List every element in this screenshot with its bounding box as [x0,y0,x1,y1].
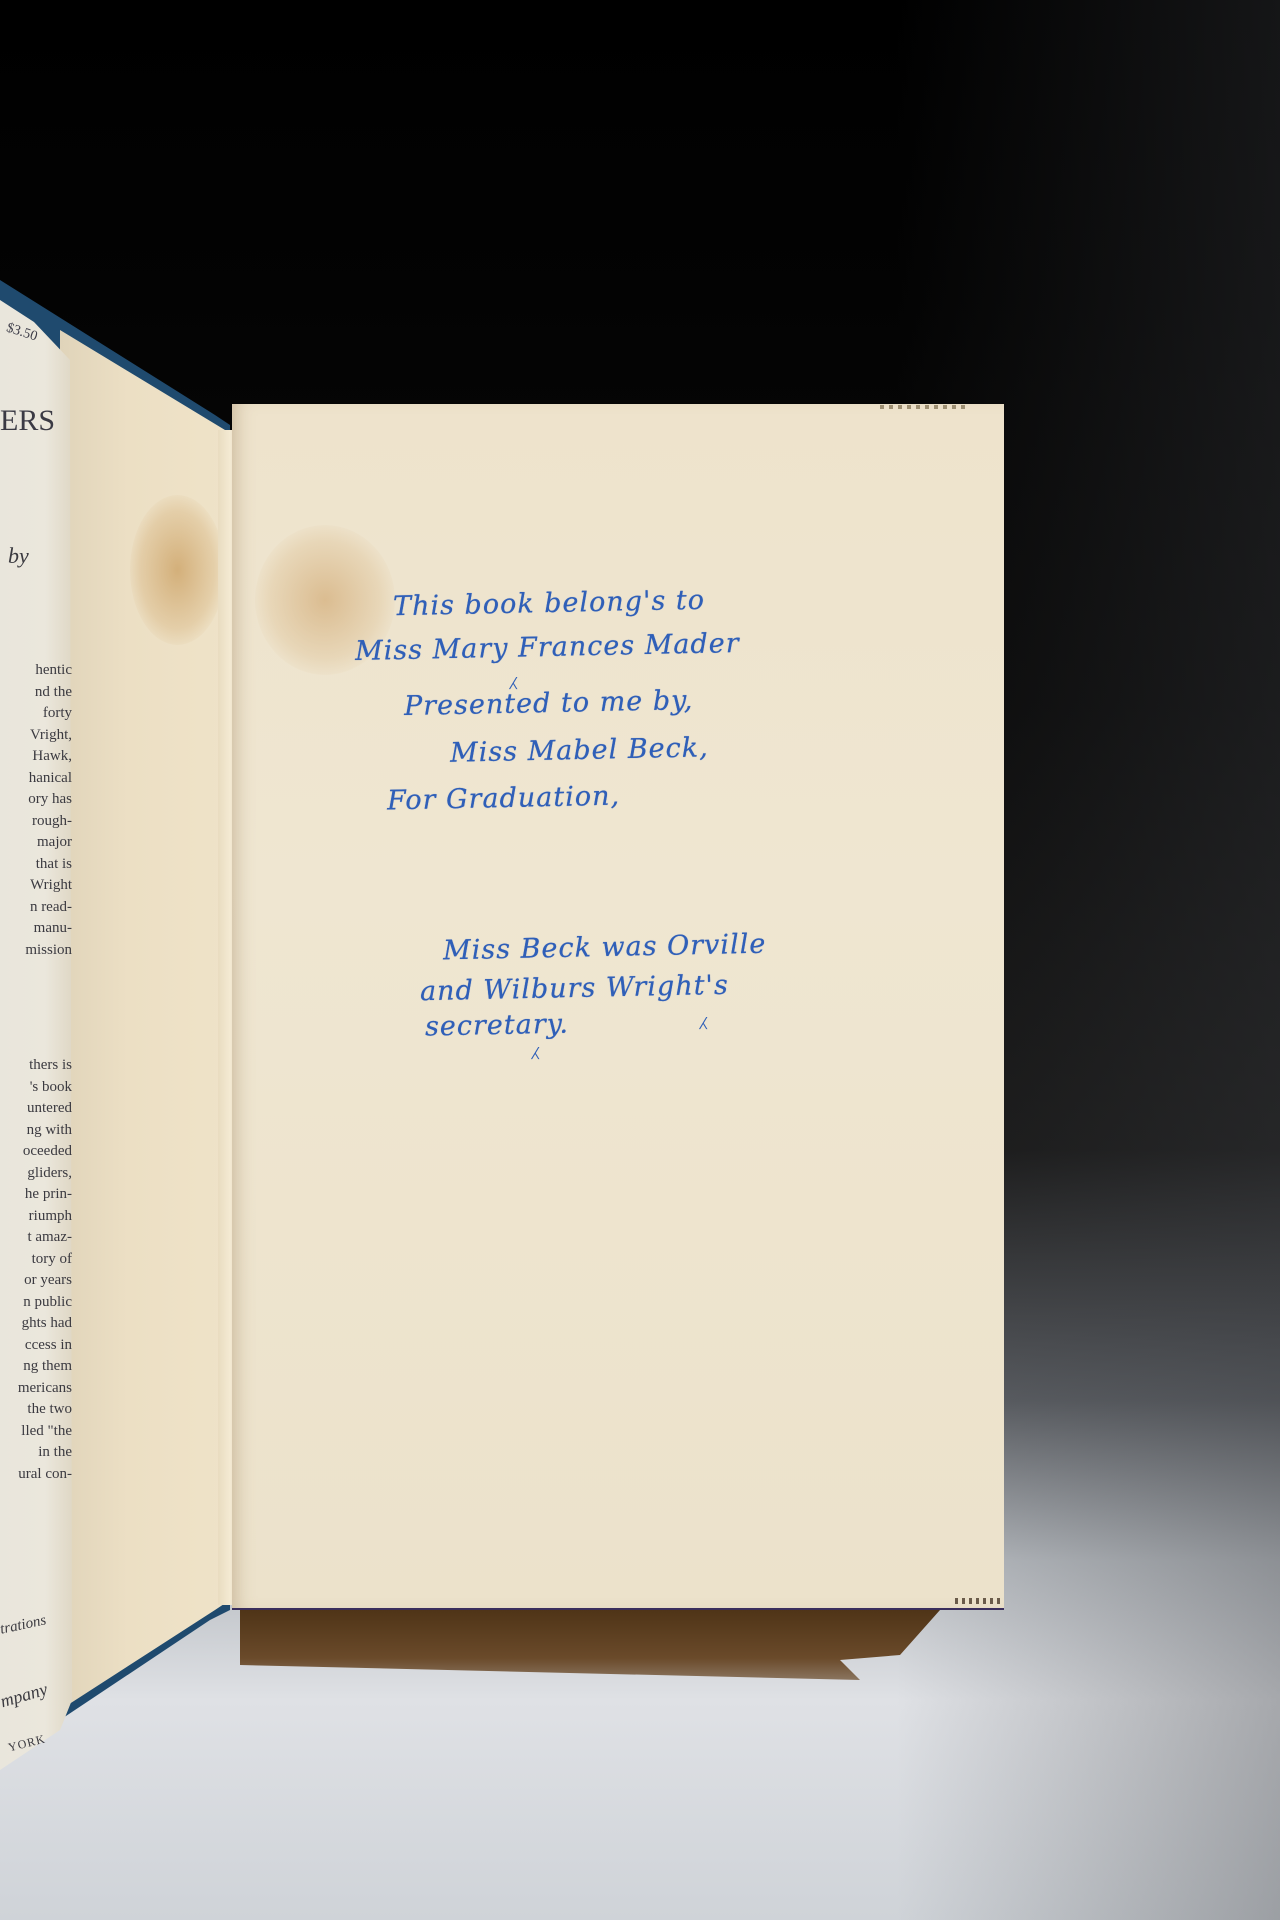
blurb-line: t amaz- [0,1227,72,1249]
blurb-line: ng them [0,1356,72,1378]
blurb-line: Vright, [0,725,72,747]
blurb-line: tory of [0,1249,72,1271]
blurb-line: thers is [0,1055,72,1077]
blurb-line: major [0,832,72,854]
blurb-line: in the [0,1442,72,1464]
blurb-line: n read- [0,897,72,919]
inscription-line-1: This book belong's to [393,585,706,623]
jacket-blurb-block-2: thers is 's book untered ng with oceeded… [0,1055,72,1485]
jacket-blurb-block-1: hentic nd the forty Vright, Hawk, hanica… [0,660,72,961]
blurb-line: n public [0,1292,72,1314]
blurb-line: that is [0,854,72,876]
blurb-line: ory has [0,789,72,811]
inscription-line-5: For Graduation, [387,781,621,817]
jacket-byline-fragment: by [8,545,29,567]
blurb-line: oceeded [0,1141,72,1163]
inscription-line-8: secretary. [425,1008,570,1042]
blurb-line: nd the [0,682,72,704]
blurb-line: manu- [0,918,72,940]
blurb-line: mission [0,940,72,962]
blurb-line: ural con- [0,1464,72,1486]
blurb-line: mericans [0,1378,72,1400]
blurb-line: or years [0,1270,72,1292]
blurb-line: riumph [0,1206,72,1228]
page-shadow [240,1610,940,1690]
blurb-line: he prin- [0,1184,72,1206]
dust-jacket-flap [0,300,75,1770]
jacket-title-fragment: ERS [0,410,55,432]
blurb-line: forty [0,703,72,725]
foxing-specks-bottom [955,1598,1000,1604]
water-stain-left [130,495,225,645]
blurb-line: ng with [0,1120,72,1142]
blurb-line: ccess in [0,1335,72,1357]
blurb-line: the two [0,1399,72,1421]
blurb-line: untered [0,1098,72,1120]
blurb-line: lled "the [0,1421,72,1443]
blurb-line: ghts had [0,1313,72,1335]
blurb-line: 's book [0,1077,72,1099]
inscription-line-4: Miss Mabel Beck, [450,732,709,768]
blurb-line: Hawk, [0,746,72,768]
blurb-line: gliders, [0,1163,72,1185]
inscription-line-7: and Wilburs Wright's [420,970,729,1007]
blurb-line: rough- [0,811,72,833]
blurb-line: Wright [0,875,72,897]
blurb-line: hentic [0,660,72,682]
foxing-specks-top [880,405,970,409]
caret-mark: ⁁ [510,660,517,690]
caret-mark: ⁁ [700,1000,707,1030]
inscription-line-3: Presented to me by, [404,685,694,722]
caret-mark: ⁁ [532,1030,539,1060]
blurb-line: hanical [0,768,72,790]
